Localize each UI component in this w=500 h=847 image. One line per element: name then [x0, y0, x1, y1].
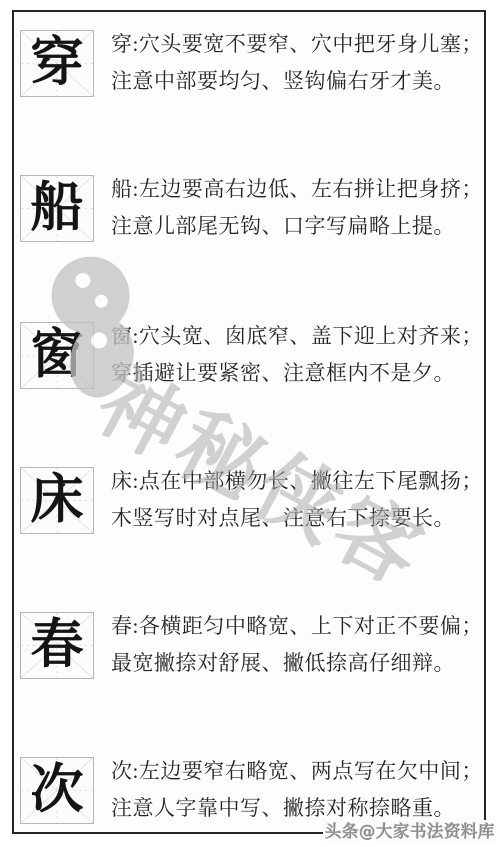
- practice-character: 床: [21, 468, 93, 533]
- practice-character: 船: [21, 176, 93, 241]
- entry-row: 春 春:各横距匀中略宽、上下对正不要偏； 最宽撇捺对舒展、撇低捺高仔细辩。: [20, 610, 486, 680]
- character-grid-box: 船: [20, 175, 94, 242]
- tip-text: 窗:穴头宽、囱底窄、盖下迎上对齐来； 穿插避让要紧密、注意框内不是夕。: [111, 325, 486, 384]
- tip-text: 船:左边要高右边低、左右拼让把身挤； 注意儿部尾无钩、口字写扁略上提。: [111, 178, 486, 237]
- tip-line-2: 穿插避让要紧密、注意框内不是夕。: [111, 362, 486, 385]
- tip-line-1: 床:点在中部横勿长、撇往左下尾飘扬；: [111, 470, 486, 493]
- tip-line-2: 木竖写时对点尾、注意右下捺要长。: [111, 507, 486, 530]
- practice-character: 春: [21, 613, 93, 678]
- tip-line-1: 次:左边要窄右略宽、两点写在欠中间；: [111, 760, 486, 783]
- character-grid-box: 床: [20, 467, 94, 534]
- entry-row: 床 床:点在中部横勿长、撇往左下尾飘扬； 木竖写时对点尾、注意右下捺要长。: [20, 465, 486, 535]
- tip-text: 穿:穴头要宽不要窄、穴中把牙身儿塞； 注意中部要均匀、竖钩偏右牙才美。: [111, 33, 486, 92]
- entry-row: 次 次:左边要窄右略宽、两点写在欠中间； 注意人字靠中写、撇捺对称捺略重。: [20, 755, 486, 825]
- entry-row: 船 船:左边要高右边低、左右拼让把身挤； 注意儿部尾无钩、口字写扁略上提。: [20, 173, 486, 243]
- tip-line-2: 注意中部要均匀、竖钩偏右牙才美。: [111, 70, 486, 93]
- character-grid-box: 次: [20, 757, 94, 824]
- entry-row: 穿 穿:穴头要宽不要窄、穴中把牙身儿塞； 注意中部要均匀、竖钩偏右牙才美。: [20, 28, 486, 98]
- tip-text: 床:点在中部横勿长、撇往左下尾飘扬； 木竖写时对点尾、注意右下捺要长。: [111, 470, 486, 529]
- character-grid-box: 穿: [20, 30, 94, 97]
- calligraphy-tips-page: 穿 穿:穴头要宽不要窄、穴中把牙身儿塞； 注意中部要均匀、竖钩偏右牙才美。 船 …: [0, 0, 500, 847]
- character-grid-box: 春: [20, 612, 94, 679]
- tip-line-1: 窗:穴头宽、囱底窄、盖下迎上对齐来；: [111, 325, 486, 348]
- attribution-watermark: 头条@大家书法资料库: [323, 820, 497, 843]
- character-grid-box: 窗: [20, 322, 94, 389]
- practice-character: 穿: [21, 31, 93, 96]
- tip-line-1: 穿:穴头要宽不要窄、穴中把牙身儿塞；: [111, 33, 486, 56]
- tip-line-2: 最宽撇捺对舒展、撇低捺高仔细辩。: [111, 652, 486, 675]
- tip-line-2: 注意儿部尾无钩、口字写扁略上提。: [111, 215, 486, 238]
- page-frame: [12, 10, 486, 834]
- tip-text: 春:各横距匀中略宽、上下对正不要偏； 最宽撇捺对舒展、撇低捺高仔细辩。: [111, 615, 486, 674]
- tip-line-2: 注意人字靠中写、撇捺对称捺略重。: [111, 797, 486, 820]
- entry-row: 窗 窗:穴头宽、囱底窄、盖下迎上对齐来； 穿插避让要紧密、注意框内不是夕。: [20, 320, 486, 390]
- tip-line-1: 春:各横距匀中略宽、上下对正不要偏；: [111, 615, 486, 638]
- tip-line-1: 船:左边要高右边低、左右拼让把身挤；: [111, 178, 486, 201]
- tip-text: 次:左边要窄右略宽、两点写在欠中间； 注意人字靠中写、撇捺对称捺略重。: [111, 760, 486, 819]
- practice-character: 次: [21, 758, 93, 823]
- practice-character: 窗: [21, 323, 93, 388]
